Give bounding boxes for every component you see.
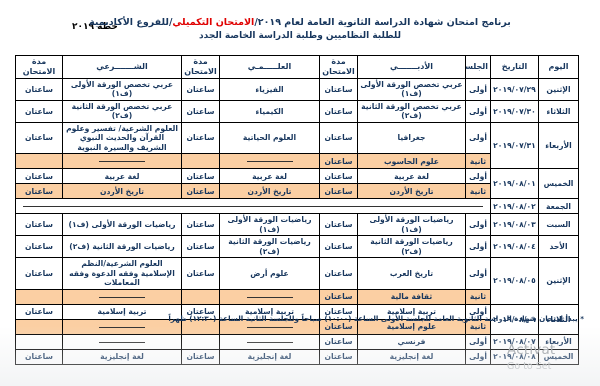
- cell-scientific-duration: ساعتان: [182, 184, 220, 199]
- cell-session: أولى: [466, 169, 491, 184]
- cell-date: ٢٠١٩/٠٨/٠٥: [491, 258, 539, 304]
- cell-literary-subject: ثقافة مالية: [358, 289, 466, 304]
- cell-scientific-subject: الكيمياء: [220, 100, 320, 122]
- cell-scientific-duration: [182, 154, 220, 169]
- col-header-date: التاريخ: [491, 56, 539, 79]
- cell-literary-duration: ساعتان: [320, 184, 358, 199]
- cell-sharia-subject: لغة عربية: [63, 169, 182, 184]
- cell-sharia-subject: عربي تخصص الورقة الأولى (ف١): [63, 79, 182, 101]
- cell-literary-duration: ساعتان: [320, 154, 358, 169]
- cell-scientific-subject: رياضيات الورقة الثانية (ف٢): [220, 236, 320, 258]
- cell-date: ٢٠١٩/٠٧/٢٩: [491, 79, 539, 101]
- cell-scientific-duration: ساعتان: [182, 100, 220, 122]
- cell-scientific-duration: ساعتان: [182, 79, 220, 101]
- title-suffix: /للفروع الأكاديمية: [89, 17, 172, 28]
- cell-sharia-subject: [63, 154, 182, 169]
- cell-sharia-duration: ساعتان: [16, 349, 63, 364]
- table-row: الأربعاء٢٠١٩/٠٧/٣١أولىجغرافياساعتانالعلو…: [16, 122, 579, 153]
- cell-session: أولى: [466, 236, 491, 258]
- cell-scientific-subject: علوم أرض: [220, 258, 320, 289]
- col-header-literary: الأدبـــــــي: [358, 56, 466, 79]
- cell-session: ثانية: [466, 184, 491, 199]
- col-header-duration-scientific: مدة الامتحان: [182, 56, 220, 79]
- cell-literary-subject: عربي تخصص الورقة الثانية (ف٢): [358, 100, 466, 122]
- table-row: الثلاثاء٢٠١٩/٠٧/٣٠أولىعربي تخصص الورقة ا…: [16, 100, 579, 122]
- document-subtitle: للطلبة النظاميين وطلبة الدراسة الخاصة ال…: [0, 30, 600, 43]
- cell-scientific-subject: لغة إنجليزية: [220, 349, 320, 364]
- col-header-scientific: العلـــــمـي: [220, 56, 320, 79]
- cell-date: ٢٠١٩/٠٨/٠٤: [491, 236, 539, 258]
- table-row: الإثنين٢٠١٩/٠٧/٢٩أولىعربي تخصص الورقة ال…: [16, 79, 579, 101]
- cell-scientific-subject: لغة عربية: [220, 169, 320, 184]
- cell-date: ٢٠١٩/٠٨/٠١: [491, 169, 539, 199]
- cell-holiday-dash: [16, 199, 491, 214]
- cell-day: الأربعاء: [539, 122, 579, 168]
- table-row: الخميس٢٠١٩/٠٨/٠١أولىلغة عربيةساعتانلغة ع…: [16, 169, 579, 184]
- table-row: الإثنين٢٠١٩/٠٨/٠٥أولىتاريخ العربساعتانعل…: [16, 258, 579, 289]
- cell-literary-subject: علوم الحاسوب: [358, 154, 466, 169]
- dash-placeholder: [99, 327, 145, 328]
- title-exam-type: الامتحان التكميلي: [172, 17, 254, 28]
- cell-session: أولى: [466, 79, 491, 101]
- col-header-session: الجلسة: [466, 56, 491, 79]
- cell-sharia-duration: [16, 334, 63, 349]
- cell-day: الإثنين: [539, 79, 579, 101]
- dash-placeholder: [99, 161, 145, 162]
- cell-scientific-duration: ساعتان: [182, 214, 220, 236]
- cell-scientific-subject: العلوم الحياتية: [220, 122, 320, 153]
- document-page: خطة ٢٠١٩ برنامج امتحان شهادة الدراسة الث…: [0, 0, 600, 386]
- cell-literary-subject: لغة إنجليزية: [358, 349, 466, 364]
- cell-literary-subject: جغرافيا: [358, 122, 466, 153]
- watermark-settings-text: Go to Set: [507, 361, 600, 372]
- title-prefix: برنامج امتحان شهادة الدراسة الثانوية الع…: [254, 17, 511, 28]
- cell-sharia-subject: [63, 289, 182, 304]
- dash-placeholder: [247, 297, 293, 298]
- cell-literary-duration: ساعتان: [320, 169, 358, 184]
- cell-session: ثانية: [466, 154, 491, 169]
- cell-day: الثلاثاء: [539, 100, 579, 122]
- cell-literary-subject: عربي تخصص الورقة الأولى (ف١): [358, 79, 466, 101]
- cell-session: ثانية: [466, 289, 491, 304]
- cell-day: الجمعة: [539, 199, 579, 214]
- cell-literary-subject: رياضيات الورقة الثانية (ف٢): [358, 236, 466, 258]
- cell-sharia-duration: ساعتان: [16, 79, 63, 101]
- cell-date: ٢٠١٩/٠٨/٠٣: [491, 214, 539, 236]
- cell-date: ٢٠١٩/٠٧/٣٠: [491, 100, 539, 122]
- cell-scientific-duration: ساعتان: [182, 349, 220, 364]
- cell-sharia-duration: ساعتان: [16, 100, 63, 122]
- cell-sharia-duration: ساعتان: [16, 258, 63, 289]
- cell-literary-duration: ساعتان: [320, 258, 358, 289]
- dash-placeholder: [99, 342, 145, 343]
- cell-sharia-subject: رياضيات الورقة الأولى (ف١): [63, 214, 182, 236]
- cell-sharia-subject: [63, 334, 182, 349]
- cell-sharia-subject: العلوم الشرعية/ تفسير وعلوم القرآن والحد…: [63, 122, 182, 153]
- cell-scientific-duration: ساعتان: [182, 122, 220, 153]
- cell-day: الإثنين: [539, 258, 579, 304]
- table-row: الأربعاء٢٠١٩/٠٨/٠٧أولىفرنسيساعتان: [16, 334, 579, 349]
- cell-sharia-subject: عربي تخصص الورقة الثانية (ف٢): [63, 100, 182, 122]
- cell-scientific-subject: [220, 289, 320, 304]
- cell-scientific-subject: تاريخ الأردن: [220, 184, 320, 199]
- cell-session: أولى: [466, 214, 491, 236]
- cell-session: أولى: [466, 334, 491, 349]
- cell-scientific-subject: الفيزياء: [220, 79, 320, 101]
- col-header-duration-literary: مدة الامتحان: [320, 56, 358, 79]
- dash-placeholder: [99, 297, 145, 298]
- cell-literary-subject: رياضيات الورقة الأولى (ف١): [358, 214, 466, 236]
- cell-session: أولى: [466, 100, 491, 122]
- dash-placeholder-long: [23, 206, 484, 207]
- cell-scientific-subject: رياضيات الورقة الأولى (ف١): [220, 214, 320, 236]
- cell-literary-duration: ساعتان: [320, 334, 358, 349]
- cell-session: أولى: [466, 122, 491, 153]
- cell-sharia-duration: ساعتان: [16, 122, 63, 153]
- cell-literary-duration: ساعتان: [320, 100, 358, 122]
- cell-literary-duration: ساعتان: [320, 349, 358, 364]
- watermark-activate-text: Activat: [507, 342, 600, 358]
- cell-session: أولى: [466, 258, 491, 289]
- cell-day: الخميس: [539, 169, 579, 199]
- cell-literary-duration: ساعتان: [320, 122, 358, 153]
- table-row: الأحد٢٠١٩/٠٨/٠٤أولىرياضيات الورقة الثاني…: [16, 236, 579, 258]
- cell-date: ٢٠١٩/٠٧/٣١: [491, 122, 539, 168]
- cell-date: ٢٠١٩/٠٨/٠٢: [491, 199, 539, 214]
- cell-scientific-duration: ساعتان: [182, 236, 220, 258]
- cell-literary-duration: ساعتان: [320, 79, 358, 101]
- cell-literary-duration: ساعتان: [320, 289, 358, 304]
- title-block: برنامج امتحان شهادة الدراسة الثانوية الع…: [0, 16, 600, 43]
- table-row: الخميس٢٠١٩/٠٨/٠٨أولىلغة إنجليزيةساعتانلغ…: [16, 349, 579, 364]
- cell-sharia-subject: تاريخ الأردن: [63, 184, 182, 199]
- cell-sharia-duration: ساعتان: [16, 236, 63, 258]
- cell-sharia-duration: [16, 154, 63, 169]
- cell-scientific-duration: ساعتان: [182, 258, 220, 289]
- cell-scientific-subject: [220, 154, 320, 169]
- cell-literary-subject: فرنسي: [358, 334, 466, 349]
- cell-sharia-duration: ساعتان: [16, 184, 63, 199]
- col-header-duration-sharia: مدة الامتحان: [16, 56, 63, 79]
- cell-scientific-duration: [182, 289, 220, 304]
- cell-literary-subject: تاريخ العرب: [358, 258, 466, 289]
- cell-sharia-duration: ساعتان: [16, 169, 63, 184]
- cell-day: الأحد: [539, 236, 579, 258]
- cell-sharia-duration: [16, 289, 63, 304]
- cell-sharia-subject: رياضيات الورقة الثانية (ف٢): [63, 236, 182, 258]
- cell-sharia-subject: لغة إنجليزية: [63, 349, 182, 364]
- cell-scientific-duration: ساعتان: [182, 169, 220, 184]
- dash-placeholder: [247, 327, 293, 328]
- cell-literary-subject: تاريخ الأردن: [358, 184, 466, 199]
- table-row: الجمعة٢٠١٩/٠٨/٠٢: [16, 199, 579, 214]
- cell-scientific-duration: [182, 334, 220, 349]
- dash-placeholder: [247, 161, 293, 162]
- cell-session: أولى: [466, 349, 491, 364]
- header-row: اليوم التاريخ الجلسة الأدبـــــــي مدة ا…: [16, 56, 579, 79]
- cell-sharia-subject: العلوم الشرعية/النظم الإسلامية وفقه الدع…: [63, 258, 182, 289]
- cell-sharia-duration: ساعتان: [16, 214, 63, 236]
- activate-windows-watermark: Activat Go to Set: [507, 342, 600, 372]
- cell-literary-duration: ساعتان: [320, 214, 358, 236]
- col-header-sharia: الشـــــــرعي: [63, 56, 182, 79]
- dash-placeholder: [247, 342, 293, 343]
- col-header-day: اليوم: [539, 56, 579, 79]
- cell-literary-subject: لغة عربية: [358, 169, 466, 184]
- table-row: السبت٢٠١٩/٠٨/٠٣أولىرياضيات الورقة الأولى…: [16, 214, 579, 236]
- cell-literary-duration: ساعتان: [320, 236, 358, 258]
- cell-scientific-subject: [220, 334, 320, 349]
- footnote: * يبدأ امتحان شهادة الدراسة الثانوية الع…: [24, 314, 584, 323]
- cell-day: السبت: [539, 214, 579, 236]
- document-title: برنامج امتحان شهادة الدراسة الثانوية الع…: [0, 16, 600, 30]
